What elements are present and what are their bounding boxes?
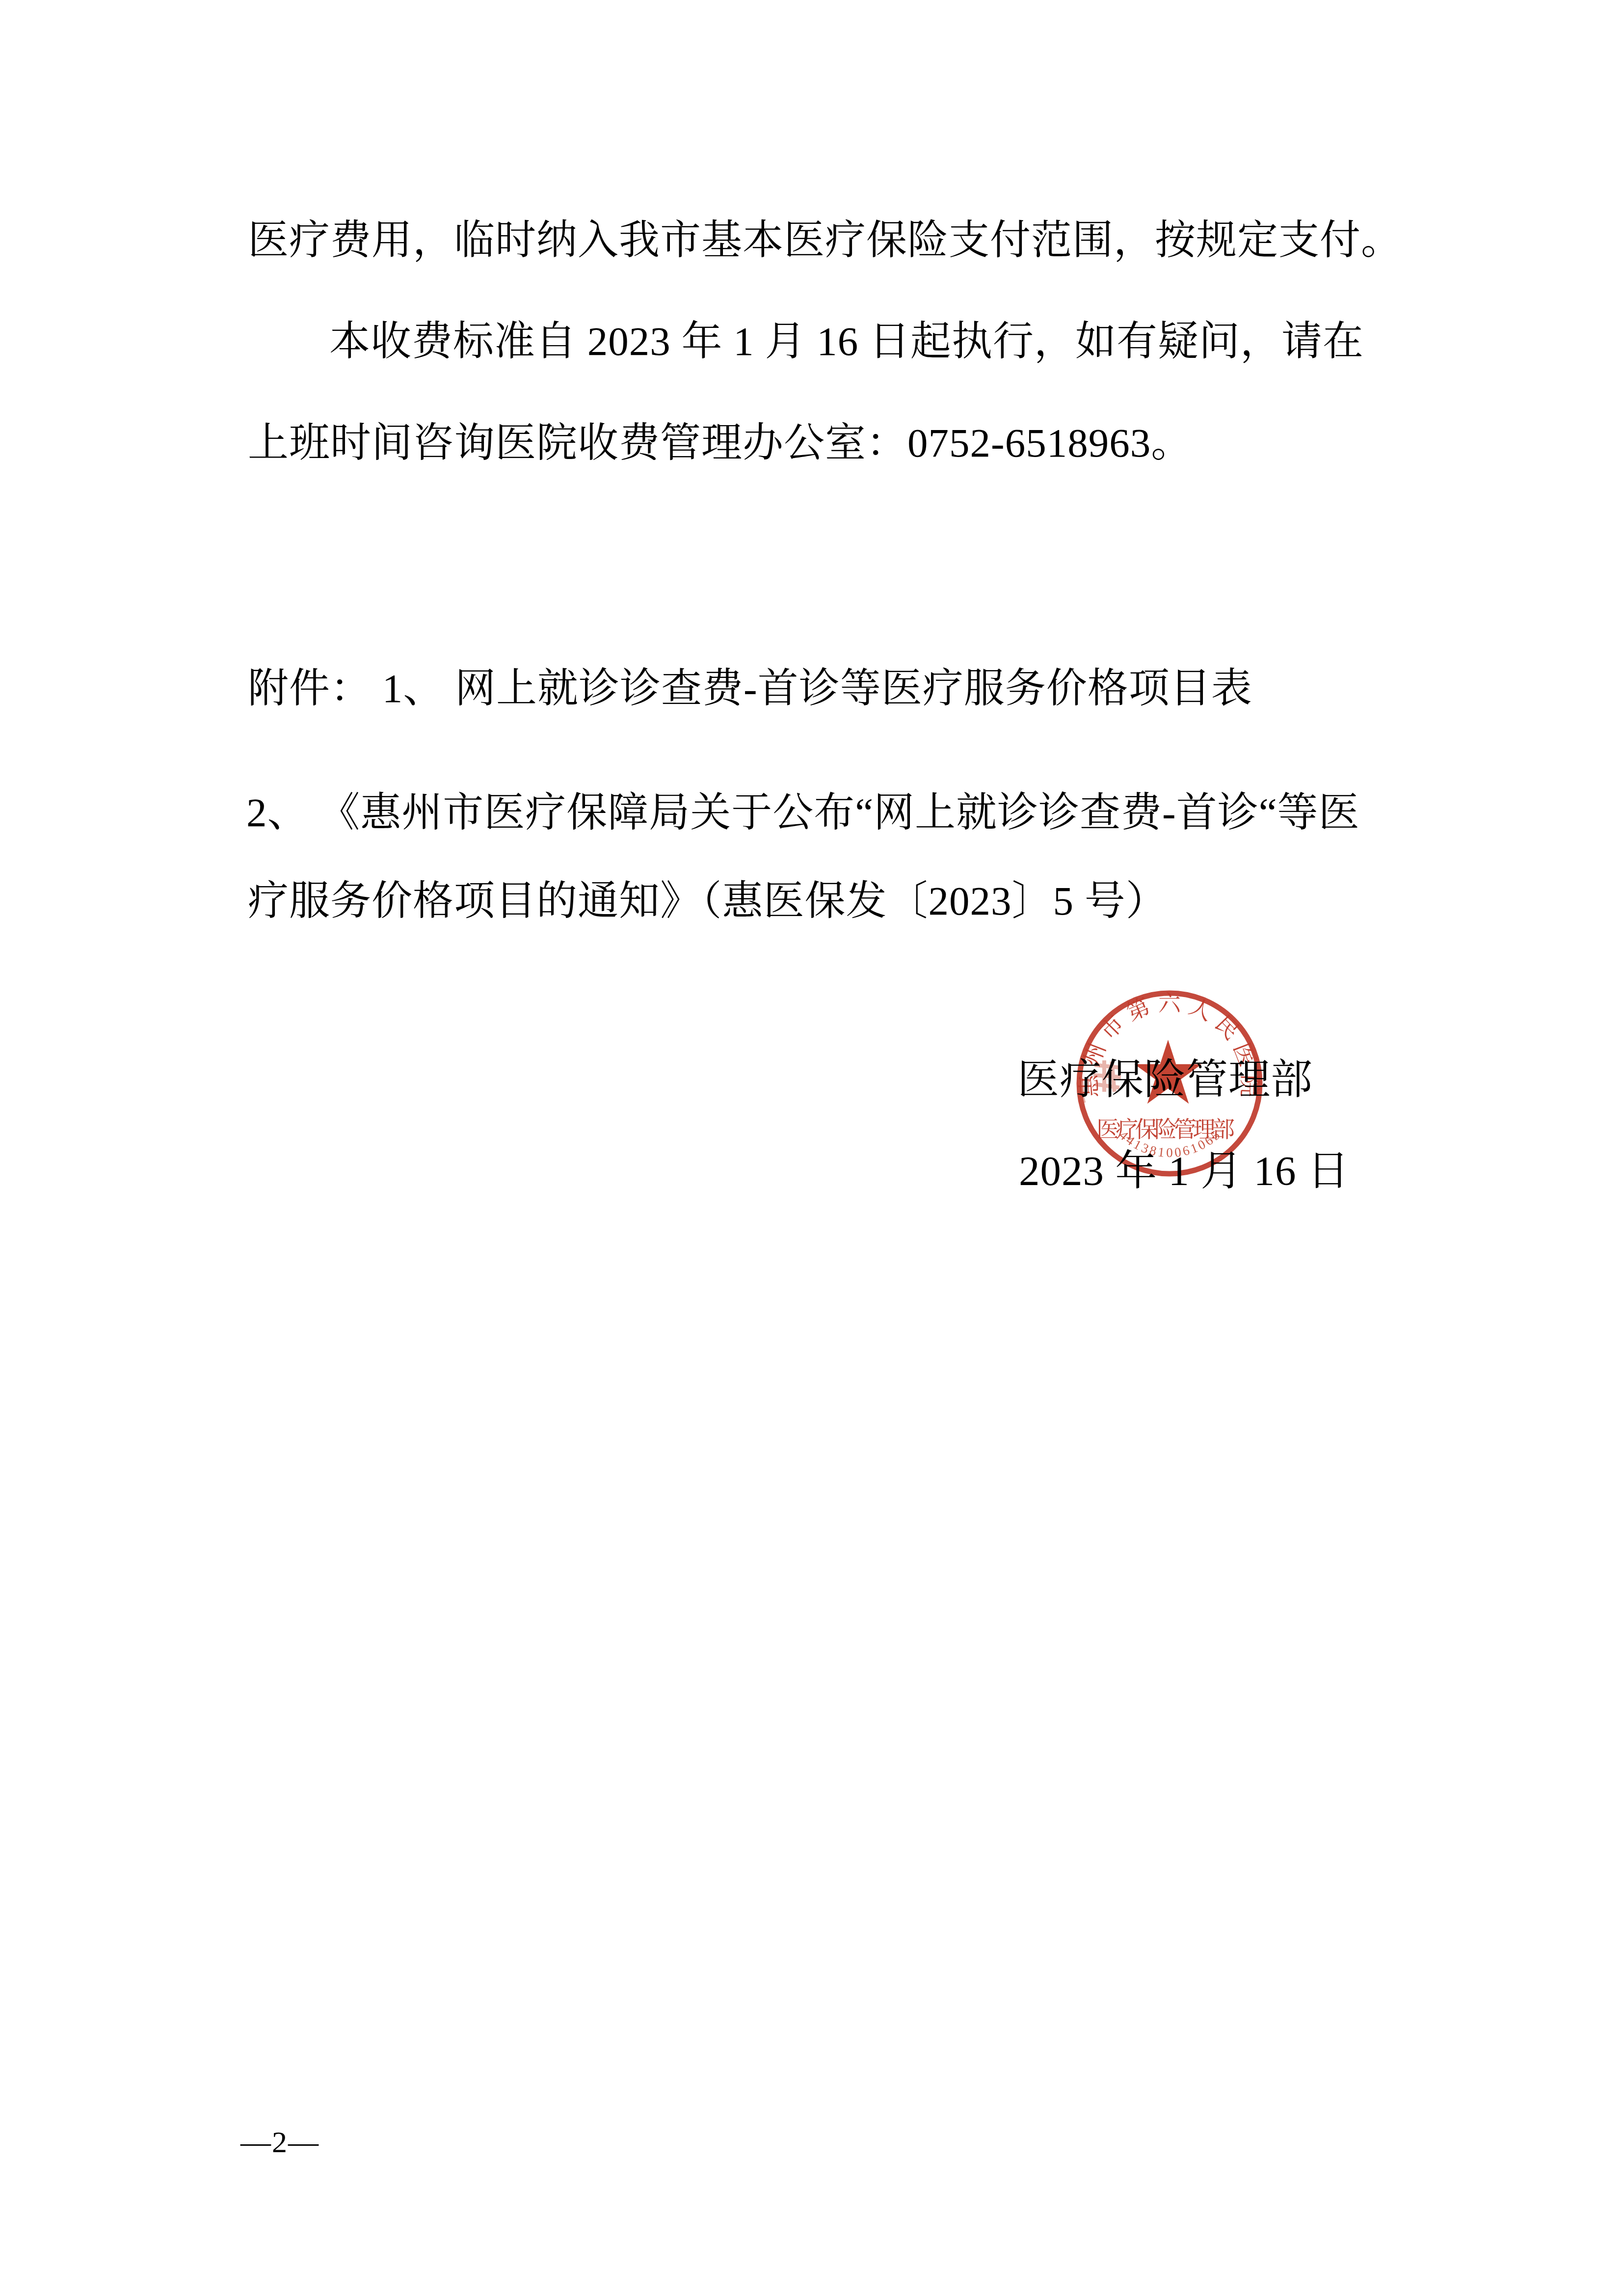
body-paragraph-2-line-1: 本收费标准自 2023 年 1 月 16 日起执行，如有疑问，请在 bbox=[329, 318, 1364, 365]
document-page: 医疗费用，临时纳入我市基本医疗保险支付范围，按规定支付。 本收费标准自 2023… bbox=[0, 0, 1623, 2296]
attachment-list-line-3: 疗服务价格项目的通知》（惠医保发〔2023〕5 号） bbox=[248, 878, 1167, 924]
attachment-list-line-1: 附件： 1、 网上就诊诊查费-首诊等医疗服务价格项目表 bbox=[248, 665, 1252, 712]
official-seal: 惠州市第六人民医院 医疗保险管理部 4413810061065 bbox=[1064, 978, 1275, 1189]
body-paragraph-2-line-2: 上班时间咨询医院收费管理办公室：0752-6518963。 bbox=[248, 420, 1192, 466]
page-number: —2— bbox=[240, 2126, 319, 2159]
seal-star-icon bbox=[1135, 1040, 1202, 1104]
attachment-list-line-2: 2、 《惠州市医疗保障局关于公布“网上就诊诊查费-首诊“等医 bbox=[246, 789, 1360, 836]
body-paragraph-1-line-1: 医疗费用，临时纳入我市基本医疗保险支付范围，按规定支付。 bbox=[248, 217, 1402, 264]
